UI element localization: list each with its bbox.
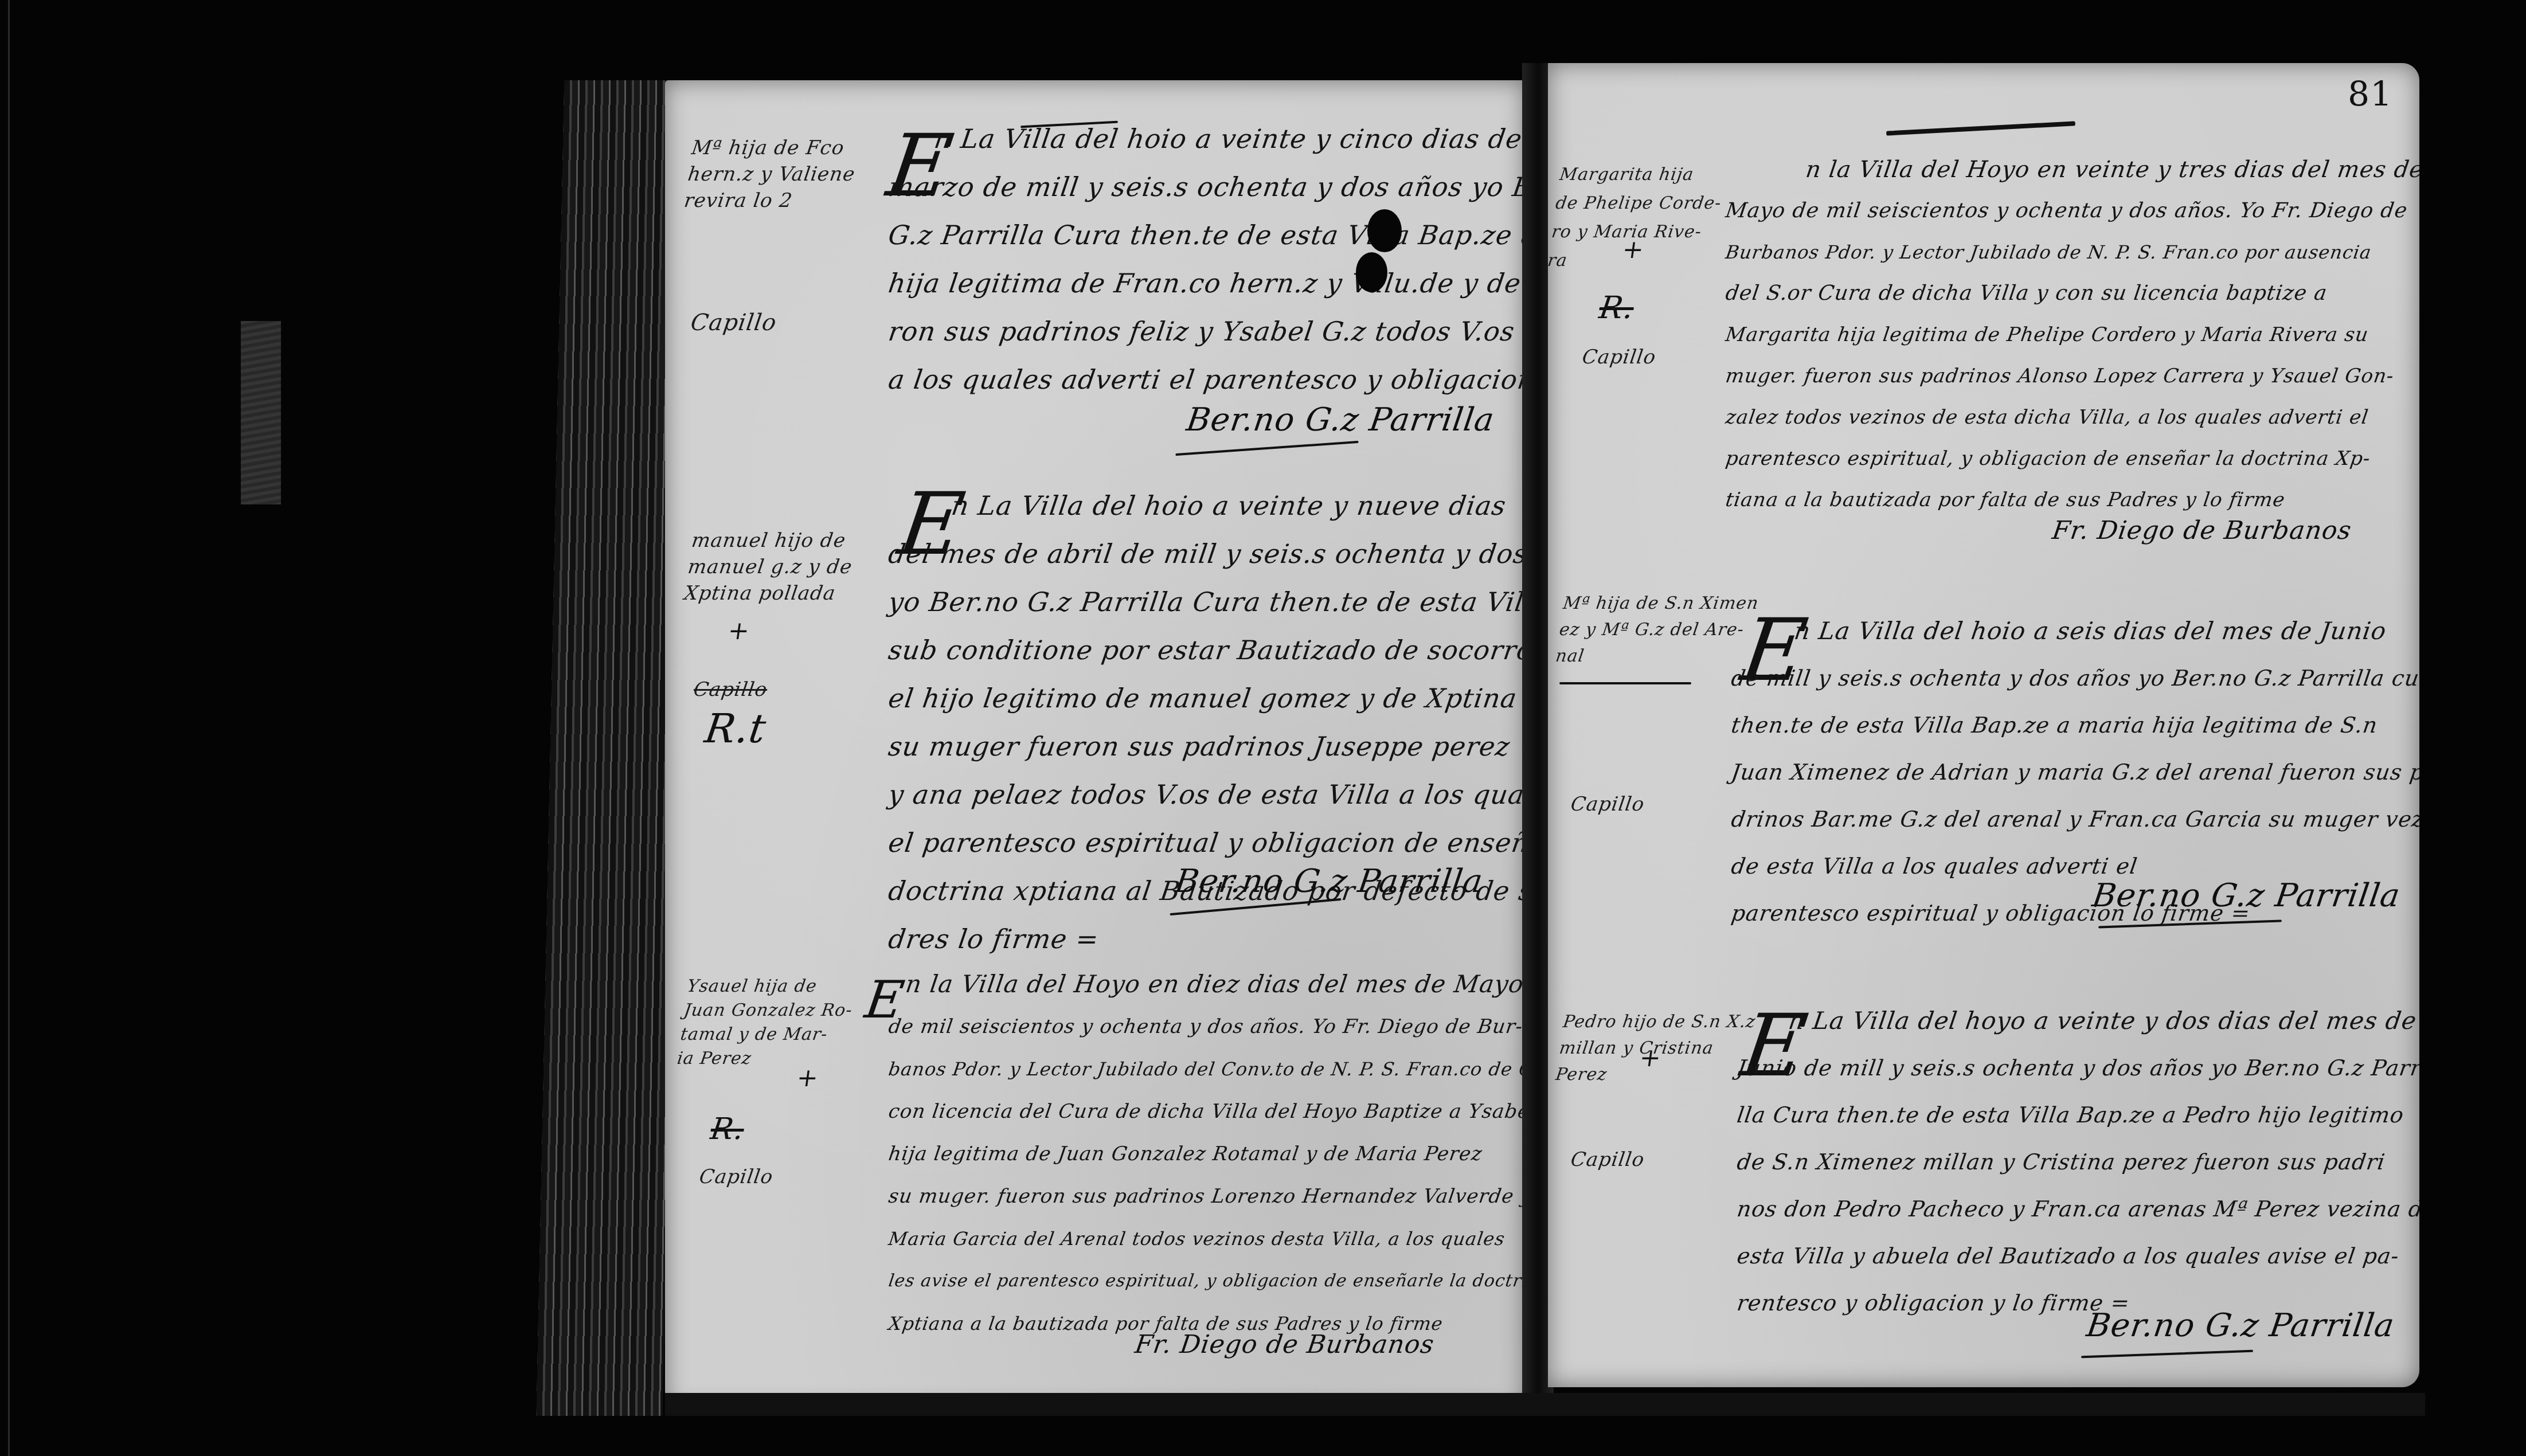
signature: Fr. Diego de Burbanos — [2050, 516, 2353, 545]
entry-line: dres lo firme = — [885, 915, 1525, 963]
entry-line: n La Villa del hoio a veinte y cinco dia… — [931, 115, 1525, 163]
entry-line: drinos Bar.me G.z del arenal y Fran.ca G… — [1728, 796, 2419, 843]
entry-line: y ana pelaez todos V.os de esta Villa a … — [885, 770, 1525, 819]
entry-line: tiana a la bautizada por falta de sus Pa… — [1723, 479, 2410, 520]
margin-mark-capillo: Capillo — [689, 310, 779, 336]
entry-line: muger. fueron sus padrinos Alonso Lopez … — [1723, 355, 2410, 397]
page-number: 81 — [2348, 75, 2392, 115]
signature-underline — [1175, 441, 1358, 456]
entry-line: les avise el parentesco espiritual, y ob… — [886, 1260, 1525, 1302]
cross-mark: + — [1637, 1043, 1663, 1073]
cross-mark: + — [795, 1063, 820, 1093]
margin-note: Mª hija de Fco hern.z y Valiene revira l… — [682, 135, 861, 214]
entry-line: Margarita hija legitima de Phelipe Corde… — [1723, 314, 2410, 355]
entry-line: de S.n Ximenez millan y Cristina perez f… — [1734, 1138, 2419, 1185]
entry-line: de mil seiscientos y ochenta y dos años.… — [886, 1005, 1525, 1048]
signature: Ber.no G.z Parrilla — [2090, 877, 2402, 914]
entry-line: Juan Ximenez de Adrian y maria G.z del a… — [1728, 749, 2419, 796]
entry-line: lla Cura then.te de esta Villa Bap.ze a … — [1734, 1091, 2419, 1138]
entry-line: ron sus padrinos feliz y Ysabel G.z todo… — [885, 307, 1525, 355]
ink-blot — [1356, 252, 1387, 292]
entry-line: Mayo de mil seiscientos y ochenta y dos … — [1723, 190, 2410, 232]
margin-mark-capillo: Capillo — [1569, 1146, 1647, 1173]
margin-mark-capillo: Capillo — [698, 1164, 775, 1190]
cover-fragment — [241, 321, 281, 504]
entry-line: su muger fueron sus padrinos Juseppe per… — [885, 722, 1525, 770]
cross-mark: + — [1620, 235, 1646, 264]
entry-line: de mill y seis.s ochenta y dos años yo B… — [1728, 655, 2419, 702]
header-flourish — [1886, 121, 2075, 135]
entry-line: G.z Parrilla Cura then.te de esta Villa … — [885, 211, 1525, 259]
margin-mark-capillo-struck: Capillo — [692, 676, 769, 703]
entry-line: n La Villa del hoyo a veinte y dos dias … — [1785, 997, 2419, 1044]
entry-line: yo Ber.no G.z Parrilla Cura then.te de e… — [885, 578, 1525, 626]
entry-line: hija legitima de Fran.co hern.z y Valu.d… — [885, 259, 1525, 307]
entry-line: a los quales adverti el parentesco y obl… — [885, 355, 1525, 404]
margin-divider — [1559, 682, 1691, 684]
entry-line: n la Villa del Hoyo en veinte y tres dia… — [1803, 149, 2419, 190]
entry-line: banos Pdor. y Lector Jubilado del Conv.t… — [886, 1048, 1525, 1090]
entry-line: su muger. fueron sus padrinos Lorenzo He… — [886, 1175, 1525, 1218]
entry-line: marzo de mill y seis.s ochenta y dos año… — [885, 163, 1525, 211]
entry-line: nos don Pedro Pacheco y Fran.ca arenas M… — [1734, 1185, 2419, 1232]
entry-line: el hijo legitimo de manuel gomez y de Xp… — [885, 674, 1525, 722]
entry-line: el parentesco espiritual y obligacion de… — [885, 819, 1525, 867]
entry-line: n la Villa del Hoyo en diez dias del mes… — [903, 963, 1525, 1005]
signature: Ber.no G.z Parrilla — [2084, 1307, 2396, 1344]
margin-initials: R.t — [702, 705, 769, 752]
entry-line: Maria Garcia del Arenal todos vezinos de… — [886, 1218, 1525, 1260]
margin-note: Ysauel hija de Juan Gonzalez Ro- tamal y… — [675, 974, 857, 1071]
entry-line: Burbanos Pdor. y Lector Jubilado de N. P… — [1723, 232, 2410, 273]
entry-6: n La Villa del hoyo a veinte y dos dias … — [1789, 997, 2419, 1326]
cross-mark: + — [726, 616, 752, 645]
entry-1: n La Villa del hoio a veinte y cinco dia… — [934, 115, 1525, 404]
signature: Ber.no G.z Parrilla — [1172, 863, 1485, 900]
ink-blot — [1367, 209, 1402, 252]
entry-line: n La Villa del hoio a veinte y nueve dia… — [948, 482, 1525, 530]
entry-line: parentesco espiritual, y obligacion de e… — [1723, 438, 2410, 479]
page-bottom-shadow — [665, 1393, 2425, 1416]
entry-line: Junio de mill y seis.s ochenta y dos año… — [1734, 1044, 2419, 1091]
entry-line: del mes de abril de mill y seis.s ochent… — [885, 530, 1525, 578]
scan-scene: Mª hija de Fco hern.z y Valiene revira l… — [0, 0, 2526, 1456]
entry-3: n la Villa del Hoyo en diez dias del mes… — [906, 963, 1525, 1345]
entry-line: hija legitima de Juan Gonzalez Rotamal y… — [886, 1133, 1525, 1175]
entry-line: del S.or Cura de dicha Villa y con su li… — [1723, 273, 2410, 314]
left-page: Mª hija de Fco hern.z y Valiene revira l… — [665, 80, 1525, 1410]
entry-line: zalez todos vezinos de esta dicha Villa,… — [1723, 397, 2410, 438]
scan-edge-line — [8, 0, 10, 1456]
signature: Ber.no G.z Parrilla — [1184, 401, 1496, 439]
entry-line: then.te de esta Villa Bap.ze a maria hij… — [1728, 702, 2419, 749]
signature-underline — [2081, 1350, 2253, 1358]
margin-note: manuel hijo de manuel g.z y de Xptina po… — [682, 527, 858, 606]
entry-line: con licencia del Cura de dicha Villa del… — [886, 1090, 1525, 1133]
margin-note: Mª hija de S.n Ximen ez y Mª G.z del Are… — [1554, 590, 1760, 670]
entry-4: n la Villa del Hoyo en veinte y tres dia… — [1726, 149, 2407, 520]
right-page: 81 Margarita hija de Phelipe Corde- ro y… — [1548, 63, 2419, 1387]
margin-mark-capillo: Capillo — [1569, 791, 1647, 817]
signature: Fr. Diego de Burbanos — [1133, 1330, 1436, 1359]
margin-initials-struck: R. — [1597, 289, 1637, 326]
margin-initials-struck: R. — [709, 1112, 746, 1146]
entry-line: esta Villa y abuela del Bautizado a los … — [1734, 1232, 2419, 1279]
entry-line: n La Villa del hoio a seis dias del mes … — [1791, 608, 2419, 655]
margin-mark-capillo: Capillo — [1581, 344, 1658, 370]
entry-line: sub conditione por estar Bautizado de so… — [885, 626, 1525, 674]
